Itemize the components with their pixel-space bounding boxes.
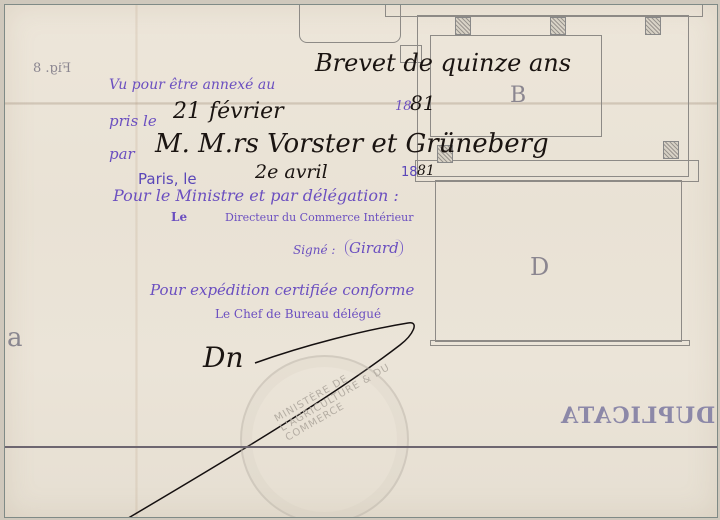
seal-text: MINISTÈRE DE L'AGRICULTURE & DU COMMERCE — [273, 347, 406, 443]
document-sheet: B D Fig. 8 a Vu pour être annexé au Brev… — [4, 4, 718, 518]
embossed-ministry-seal: MINISTÈRE DE L'AGRICULTURE & DU COMMERCE — [240, 355, 409, 518]
duplicata-stamp-mirrored: DUPLICATA — [560, 403, 715, 429]
page-rule — [5, 446, 717, 448]
